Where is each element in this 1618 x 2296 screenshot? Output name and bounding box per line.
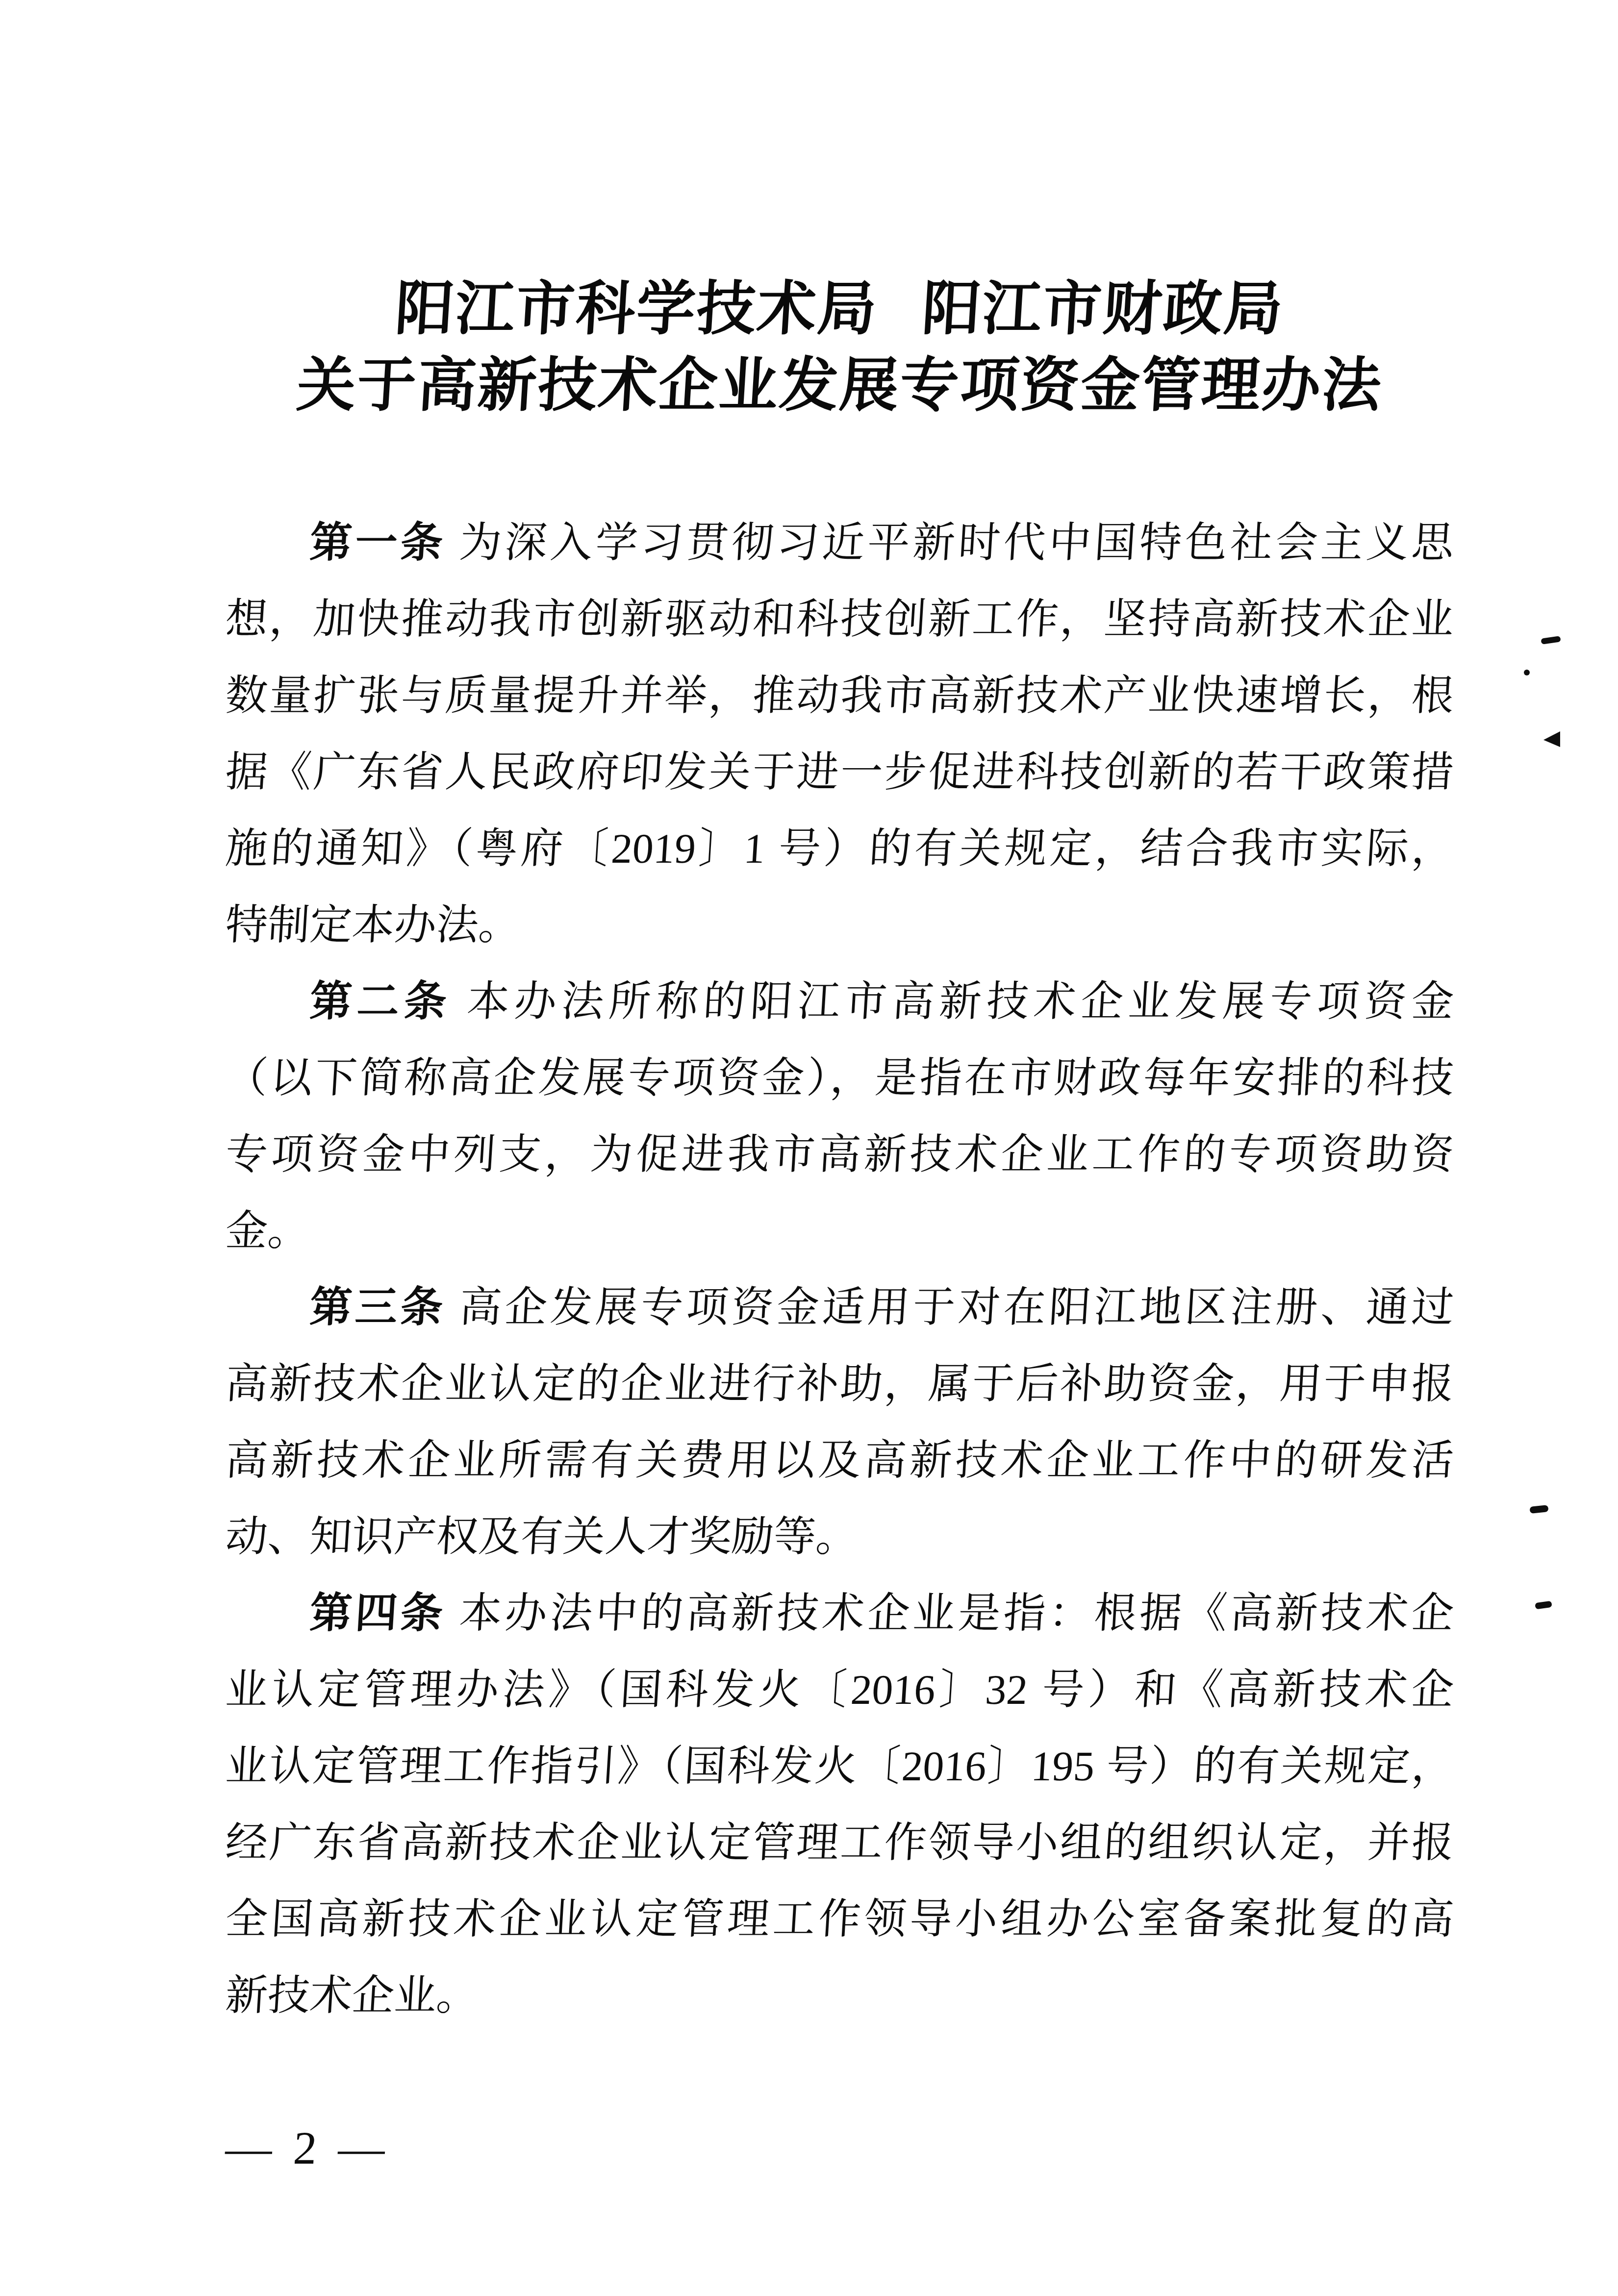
body-text-line: 业认定管理工作指引》（国科发火〔2016〕195 号）的有关规定， bbox=[223, 1728, 1456, 1804]
article-number: 第四条 bbox=[308, 1590, 447, 1637]
body-text-line: （以下简称高企发展专项资金），是指在市财政每年安排的科技 bbox=[223, 1040, 1456, 1116]
body-text-line: 想，加快推动我市创新驱动和科技创新工作，坚持高新技术企业 bbox=[223, 581, 1456, 657]
article-number: 第二条 bbox=[308, 978, 453, 1025]
document-title-line-2: 关于高新技术企业发展专项资金管理办法 bbox=[223, 347, 1456, 424]
line-text: 特制定本办法。 bbox=[224, 901, 522, 948]
body-text-line: 新技术企业。 bbox=[223, 1957, 1456, 2034]
line-text: 高企发展专项资金适用于对在阳江地区注册、通过 bbox=[444, 1284, 1455, 1331]
body-text-line: 数量扩张与质量提升并举，推动我市高新技术产业快速增长，根 bbox=[223, 657, 1456, 734]
body-text-line: 金。 bbox=[223, 1193, 1456, 1269]
page-number: — 2 — bbox=[223, 2110, 1456, 2186]
document-page: 阳江市科学技术局 阳江市财政局 关于高新技术企业发展专项资金管理办法 第一条 为… bbox=[0, 0, 1618, 2296]
body-text-line: 据《广东省人民政府印发关于进一步促进科技创新的若干政策措 bbox=[223, 734, 1456, 810]
body-text-line: 业认定管理办法》（国科发火〔2016〕32 号）和《高新技术企 bbox=[223, 1651, 1456, 1728]
line-text: 金。 bbox=[224, 1207, 311, 1254]
line-text: （以下简称高企发展专项资金），是指在市财政每年安排的科技 bbox=[224, 1054, 1455, 1101]
body-text-line: 第二条 本办法所称的阳江市高新技术企业发展专项资金 bbox=[223, 963, 1456, 1040]
body-text-line: 专项资金中列支，为促进我市高新技术企业工作的专项资助资 bbox=[223, 1116, 1456, 1193]
body-text-line: 高新技术企业认定的企业进行补助，属于后补助资金，用于申报 bbox=[223, 1346, 1456, 1422]
body-text-line: 第一条 为深入学习贯彻习近平新时代中国特色社会主义思 bbox=[223, 504, 1456, 581]
line-text: 新技术企业。 bbox=[224, 1972, 480, 2019]
scan-artifact bbox=[1529, 1505, 1548, 1514]
line-text: 数量扩张与质量提升并举，推动我市高新技术产业快速增长，根 bbox=[224, 672, 1455, 719]
document-title-line-1: 阳江市科学技术局 阳江市财政局 bbox=[223, 271, 1456, 347]
document-content: 阳江市科学技术局 阳江市财政局 关于高新技术企业发展专项资金管理办法 第一条 为… bbox=[226, 271, 1454, 2186]
line-text: 业认定管理办法》（国科发火〔2016〕32 号）和《高新技术企 bbox=[224, 1666, 1455, 1713]
body-text-line: 第三条 高企发展专项资金适用于对在阳江地区注册、通过 bbox=[223, 1269, 1456, 1346]
body-text-line: 动、知识产权及有关人才奖励等。 bbox=[223, 1498, 1456, 1575]
scan-artifact bbox=[1524, 670, 1530, 675]
line-text: 本办法中的高新技术企业是指：根据《高新技术企 bbox=[444, 1590, 1455, 1637]
scan-artifact bbox=[1543, 731, 1560, 747]
body-text-line: 特制定本办法。 bbox=[223, 887, 1456, 963]
body-text-line: 经广东省高新技术企业认定管理工作领导小组的组织认定，并报 bbox=[223, 1804, 1456, 1881]
body-text-line: 施的通知》（粤府〔2019〕1 号）的有关规定，结合我市实际， bbox=[223, 810, 1456, 887]
body-text-line: 高新技术企业所需有关费用以及高新技术企业工作中的研发活 bbox=[223, 1422, 1456, 1498]
line-text: 动、知识产权及有关人才奖励等。 bbox=[224, 1513, 860, 1560]
line-text: 专项资金中列支，为促进我市高新技术企业工作的专项资助资 bbox=[224, 1131, 1455, 1178]
line-text: 业认定管理工作指引》（国科发火〔2016〕195 号）的有关规定， bbox=[224, 1743, 1455, 1790]
article-number: 第一条 bbox=[308, 519, 447, 566]
article-number: 第三条 bbox=[308, 1284, 447, 1331]
line-text: 为深入学习贯彻习近平新时代中国特色社会主义思 bbox=[444, 519, 1455, 566]
line-text: 施的通知》（粤府〔2019〕1 号）的有关规定，结合我市实际， bbox=[224, 825, 1455, 872]
body-text-line: 全国高新技术企业认定管理工作领导小组办公室备案批复的高 bbox=[223, 1881, 1456, 1957]
scan-artifact bbox=[1535, 1601, 1552, 1610]
scan-artifact bbox=[1541, 636, 1561, 644]
line-text: 高新技术企业认定的企业进行补助，属于后补助资金，用于申报 bbox=[224, 1360, 1455, 1407]
line-text: 高新技术企业所需有关费用以及高新技术企业工作中的研发活 bbox=[224, 1437, 1455, 1484]
body-text-line: 第四条 本办法中的高新技术企业是指：根据《高新技术企 bbox=[223, 1575, 1456, 1651]
line-text: 本办法所称的阳江市高新技术企业发展专项资金 bbox=[450, 978, 1455, 1025]
line-text: 据《广东省人民政府印发关于进一步促进科技创新的若干政策措 bbox=[224, 749, 1455, 796]
title-body-gap bbox=[226, 424, 1454, 504]
line-text: 想，加快推动我市创新驱动和科技创新工作，坚持高新技术企业 bbox=[224, 596, 1455, 643]
line-text: 全国高新技术企业认定管理工作领导小组办公室备案批复的高 bbox=[224, 1896, 1455, 1943]
line-text: 经广东省高新技术企业认定管理工作领导小组的组织认定，并报 bbox=[224, 1819, 1455, 1866]
